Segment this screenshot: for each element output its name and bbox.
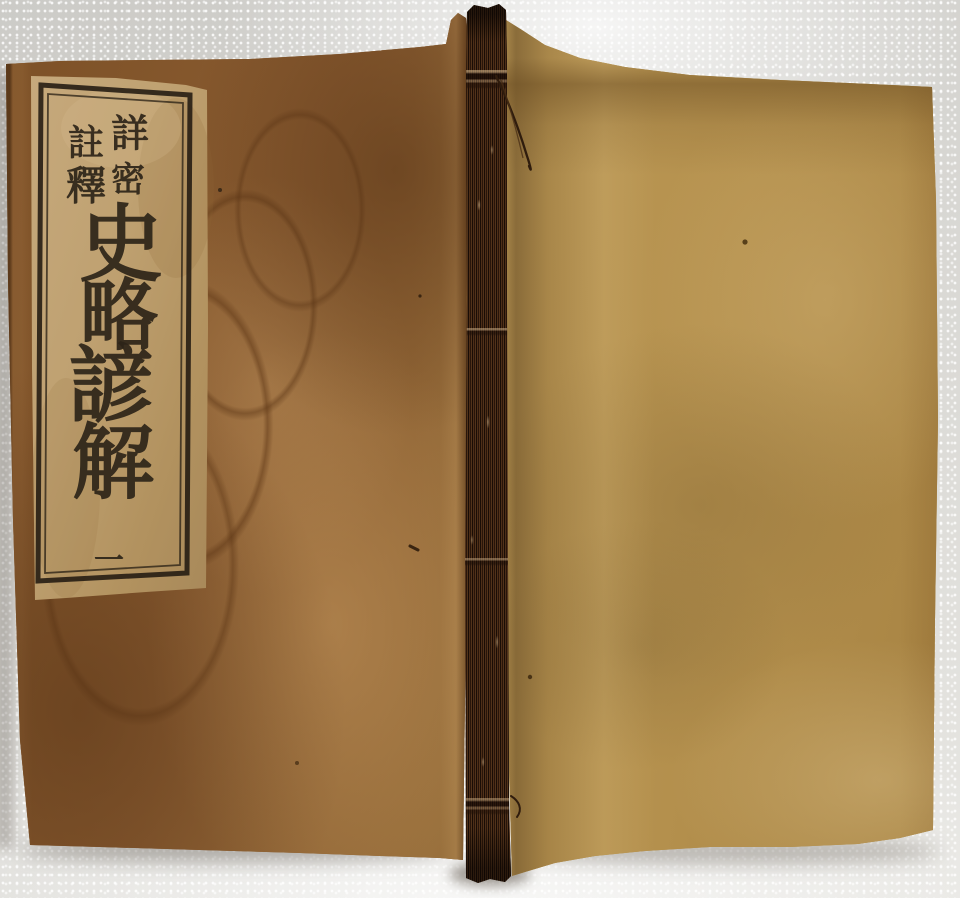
spine-thread-wrap (460, 70, 512, 90)
title-label: 詳 密 註 釋 史 略 諺 解 一 (26, 68, 214, 613)
label-volume-marker: 一 (94, 544, 124, 579)
spine-thread-wrap (460, 798, 512, 816)
spine-seam (460, 328, 512, 336)
spine-seam (460, 558, 512, 566)
label-title-char: 解 (72, 415, 154, 511)
photo-backdrop: 詳 密 註 釋 史 略 諺 解 一 (0, 0, 960, 898)
label-subtitle-char: 詳 (111, 111, 149, 156)
label-subtitle-char: 註 (68, 122, 104, 164)
